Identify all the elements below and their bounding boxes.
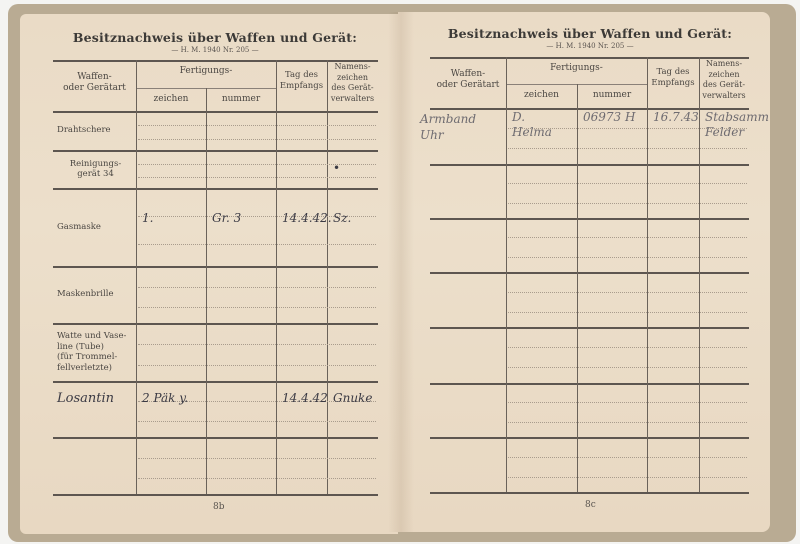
handwritten-namens: Sz.	[333, 211, 351, 226]
dotted-guide	[508, 148, 747, 149]
handwritten-namens: Stabsamm Felder	[705, 110, 769, 140]
header-tag-des-empfangs: Tag des Empfangs	[276, 70, 327, 92]
column-rule	[506, 57, 507, 492]
row-rule	[53, 150, 378, 152]
dotted-guide	[508, 477, 747, 478]
dotted-guide	[508, 292, 747, 293]
column-rule	[647, 57, 648, 492]
item-label: Gasmaske	[57, 222, 134, 233]
header-namenszeichen: Namens- zeichen des Gerät- verwalters	[327, 62, 378, 104]
dotted-guide	[508, 402, 747, 403]
row-rule	[430, 327, 749, 329]
dotted-guide	[508, 312, 747, 313]
page-title: Besitznachweis über Waffen und Gerät:	[440, 26, 740, 41]
dotted-guide	[138, 307, 376, 308]
header-namenszeichen: Namens- zeichen des Gerät- verwalters	[699, 59, 749, 101]
row-rule	[53, 266, 378, 268]
handwritten-item: Losantin	[57, 391, 114, 406]
dotted-guide	[508, 347, 747, 348]
row-rule	[53, 381, 378, 383]
handwritten-item: Armband Uhr	[420, 111, 476, 143]
handwritten-zeichen: D. Helma	[512, 110, 552, 140]
row-rule	[53, 437, 378, 439]
row-rule	[430, 437, 749, 439]
header-tag-des-empfangs: Tag des Empfangs	[647, 67, 699, 89]
page-title: Besitznachweis über Waffen und Gerät:	[65, 30, 365, 45]
dotted-guide	[508, 203, 747, 204]
dotted-guide	[138, 244, 376, 245]
dotted-guide	[508, 422, 747, 423]
header-fertigungs: Fertigungs-	[506, 63, 647, 74]
column-rule	[699, 57, 700, 492]
handwritten-tag: 14.4.42.	[282, 211, 332, 226]
column-rule	[136, 60, 137, 494]
regulation-reference: — H. M. 1940 Nr. 205 —	[490, 42, 690, 50]
row-rule	[430, 492, 749, 494]
row-rule	[53, 494, 378, 496]
handwritten-tag: 16.7.43	[653, 110, 699, 125]
dotted-guide	[508, 237, 747, 238]
handwritten-namens: Gnuke	[333, 391, 372, 406]
page-number: 8c	[585, 500, 596, 510]
row-rule	[430, 272, 749, 274]
item-label: Reinigungs- gerät 34	[57, 159, 134, 180]
dotted-guide	[138, 164, 376, 165]
dotted-guide	[138, 458, 376, 459]
header-bottom-rule	[53, 111, 378, 113]
page-number: 8b	[213, 502, 225, 512]
dotted-guide	[138, 365, 376, 366]
column-rule	[577, 84, 578, 492]
handwritten-tag: 14.4.42	[282, 391, 328, 406]
dotted-guide	[138, 177, 376, 178]
column-rule	[206, 88, 207, 494]
row-rule	[53, 188, 378, 190]
dotted-guide	[138, 139, 376, 140]
handwritten-nummer: Gr. 3	[212, 211, 241, 226]
item-label: Maskenbrille	[57, 289, 134, 300]
header-nummer: nummer	[206, 94, 276, 105]
row-rule	[430, 383, 749, 385]
row-rule	[430, 218, 749, 220]
dotted-guide	[508, 367, 747, 368]
dotted-guide	[508, 257, 747, 258]
handwritten-nummer: 06973 H	[583, 110, 635, 125]
header-item: Waffen- oder Gerätart	[55, 72, 135, 94]
dotted-guide	[138, 478, 376, 479]
item-label: Watte und Vase- line (Tube) (für Trommel…	[57, 331, 134, 373]
handwritten-zeichen: 1.	[142, 211, 153, 226]
row-rule	[53, 323, 378, 325]
header-nummer: nummer	[577, 90, 647, 101]
dotted-guide	[138, 344, 376, 345]
dotted-guide	[138, 421, 376, 422]
header-zeichen: zeichen	[506, 90, 577, 101]
dotted-guide	[508, 457, 747, 458]
row-rule	[430, 164, 749, 166]
item-label: Drahtschere	[57, 125, 134, 136]
dotted-guide	[138, 287, 376, 288]
header-fertigungs: Fertigungs-	[136, 66, 276, 77]
handwritten-zeichen: 2 Päk y.	[142, 391, 188, 406]
header-zeichen: zeichen	[136, 94, 206, 105]
book-gutter	[388, 12, 414, 532]
dotted-guide	[138, 125, 376, 126]
regulation-reference: — H. M. 1940 Nr. 205 —	[115, 46, 315, 54]
handwritten-namens: •	[333, 161, 340, 176]
header-item: Waffen- oder Gerätart	[428, 69, 508, 91]
dotted-guide	[508, 183, 747, 184]
